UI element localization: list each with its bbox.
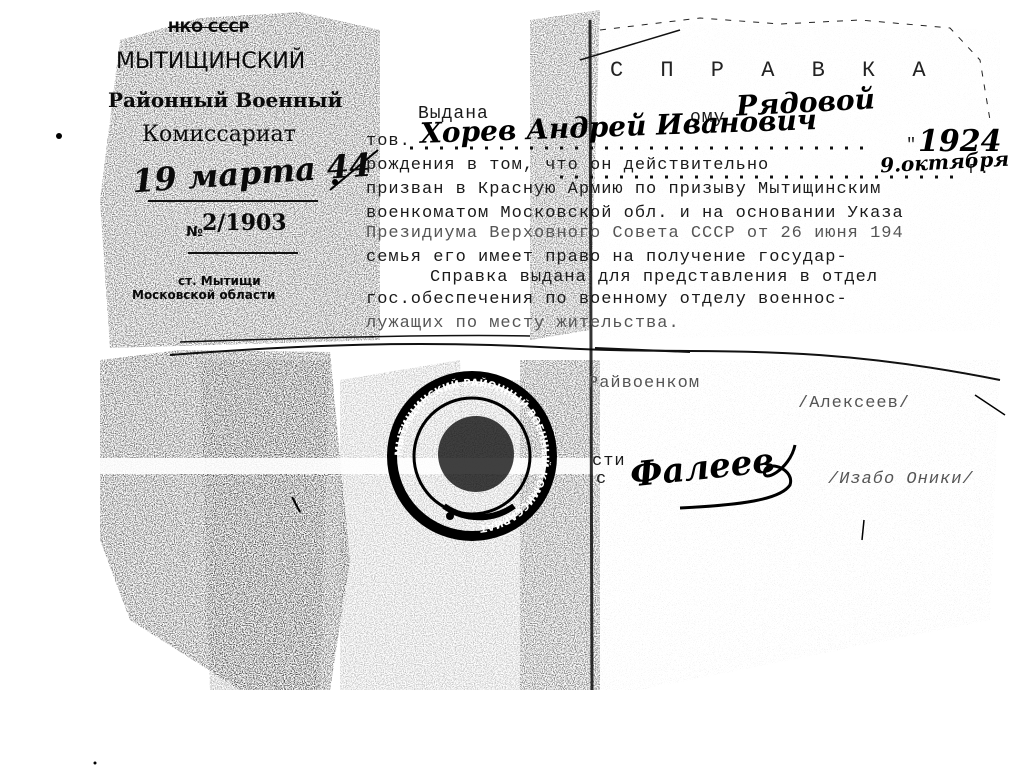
scanned-document: НКО СССР МЫТИЩИНСКИЙ Районный Военный Ко…: [0, 0, 1015, 768]
finance-officer-name: /Изабо Оники/: [828, 470, 974, 489]
official-seal: МЫТИЩИНСКИЙ РАЙОННЫЙ ВОЕННЫЙ КОМИССАРИАТ: [384, 366, 560, 542]
